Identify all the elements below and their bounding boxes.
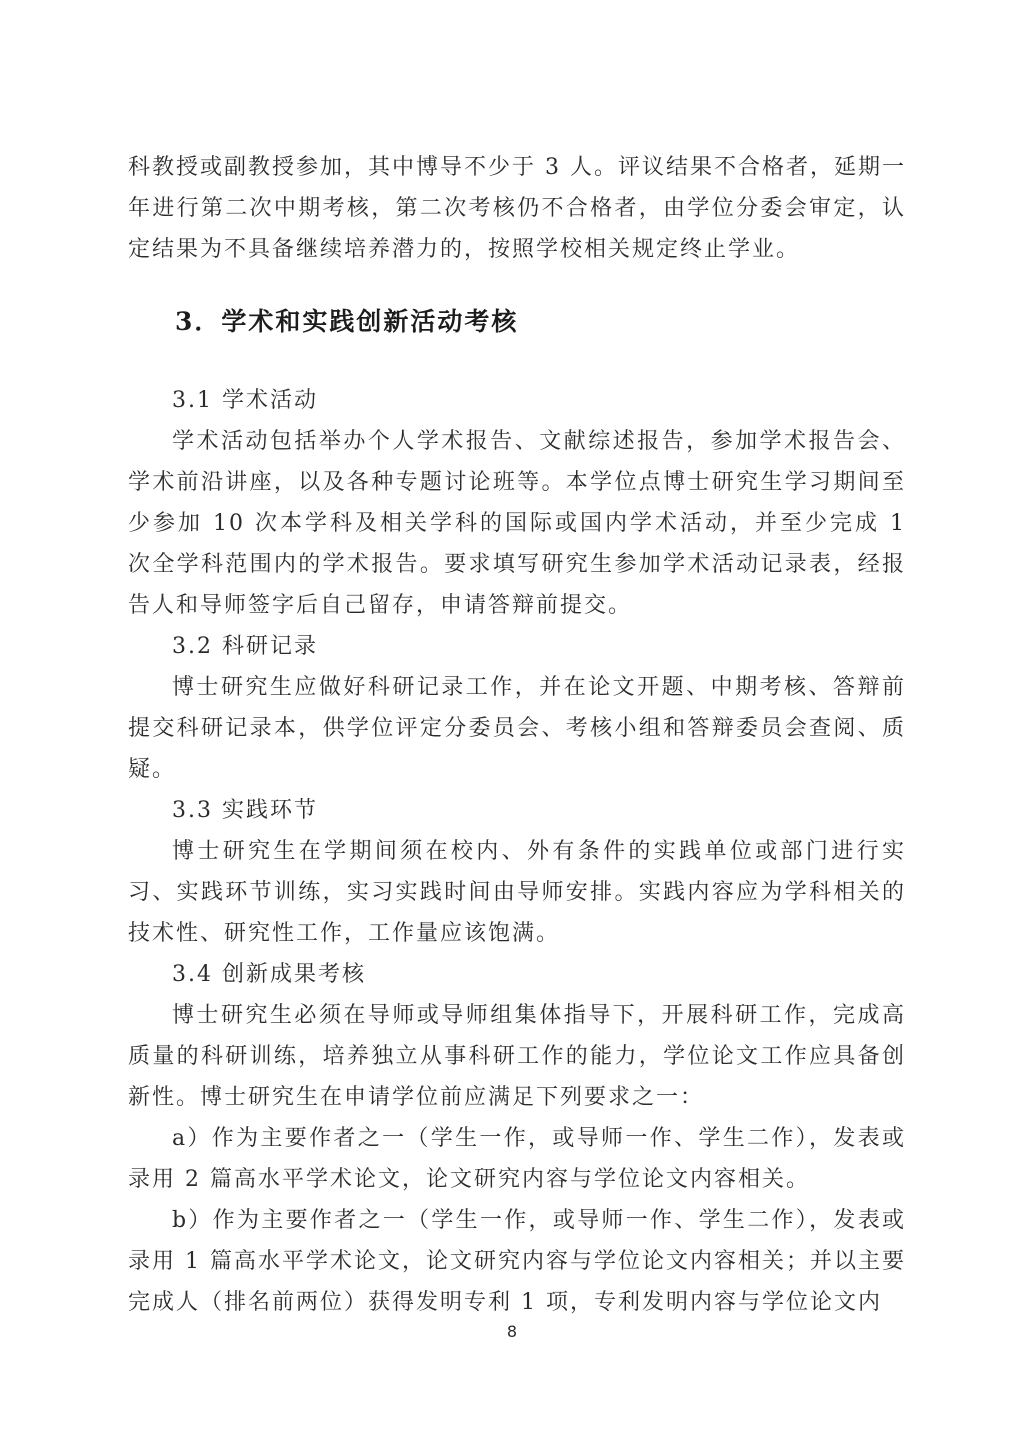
section-heading: 3.4 创新成果考核 (128, 954, 906, 995)
paragraph: 学术活动包括举办个人学术报告、文献综述报告，参加学术报告会、学术前沿讲座，以及各… (128, 421, 906, 626)
paragraph: 博士研究生必须在导师或导师组集体指导下，开展科研工作，完成高质量的科研训练，培养… (128, 995, 906, 1118)
section-heading: 3.3 实践环节 (128, 790, 906, 831)
paragraph: 科教授或副教授参加，其中博导不少于 3 人。评议结果不合格者，延期一年进行第二次… (128, 147, 906, 270)
page-number: 8 (0, 1322, 1024, 1342)
document-page: 科教授或副教授参加，其中博导不少于 3 人。评议结果不合格者，延期一年进行第二次… (0, 0, 1024, 1448)
document-body: 科教授或副教授参加，其中博导不少于 3 人。评议结果不合格者，延期一年进行第二次… (128, 147, 906, 1323)
paragraph: 博士研究生在学期间须在校内、外有条件的实践单位或部门进行实习、实践环节训练，实习… (128, 831, 906, 954)
paragraph: a）作为主要作者之一（学生一作，或导师一作、学生二作），发表或录用 2 篇高水平… (128, 1118, 906, 1200)
section-heading: 3.1 学术活动 (128, 380, 906, 421)
section-heading: 3.2 科研记录 (128, 626, 906, 667)
paragraph: b）作为主要作者之一（学生一作，或导师一作、学生二作），发表或录用 1 篇高水平… (128, 1200, 906, 1323)
paragraph: 博士研究生应做好科研记录工作，并在论文开题、中期考核、答辩前提交科研记录本，供学… (128, 667, 906, 790)
chapter-heading: 3．学术和实践创新活动考核 (128, 306, 906, 338)
